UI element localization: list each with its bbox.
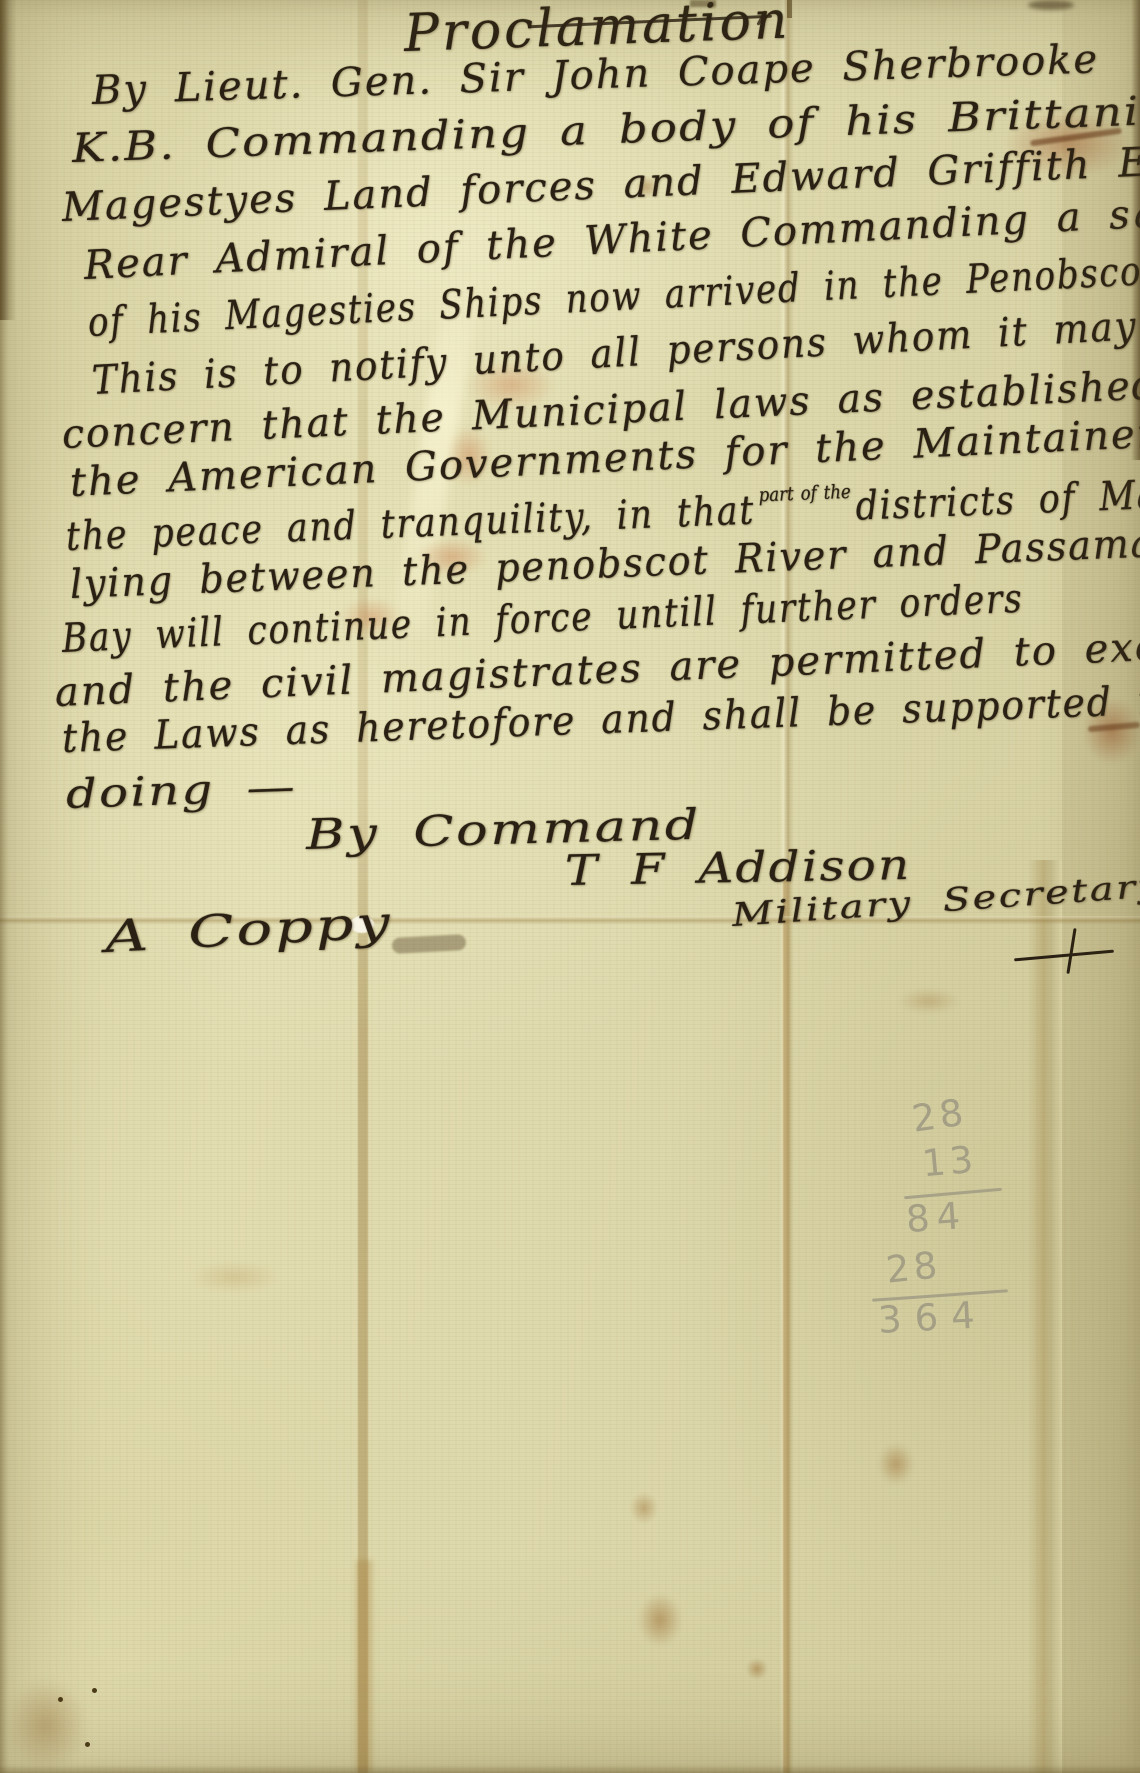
manuscript-page: Proclamation By Lieut. Gen. Sir John Coa… [0, 0, 1140, 1773]
page-vignette [0, 0, 1140, 1773]
